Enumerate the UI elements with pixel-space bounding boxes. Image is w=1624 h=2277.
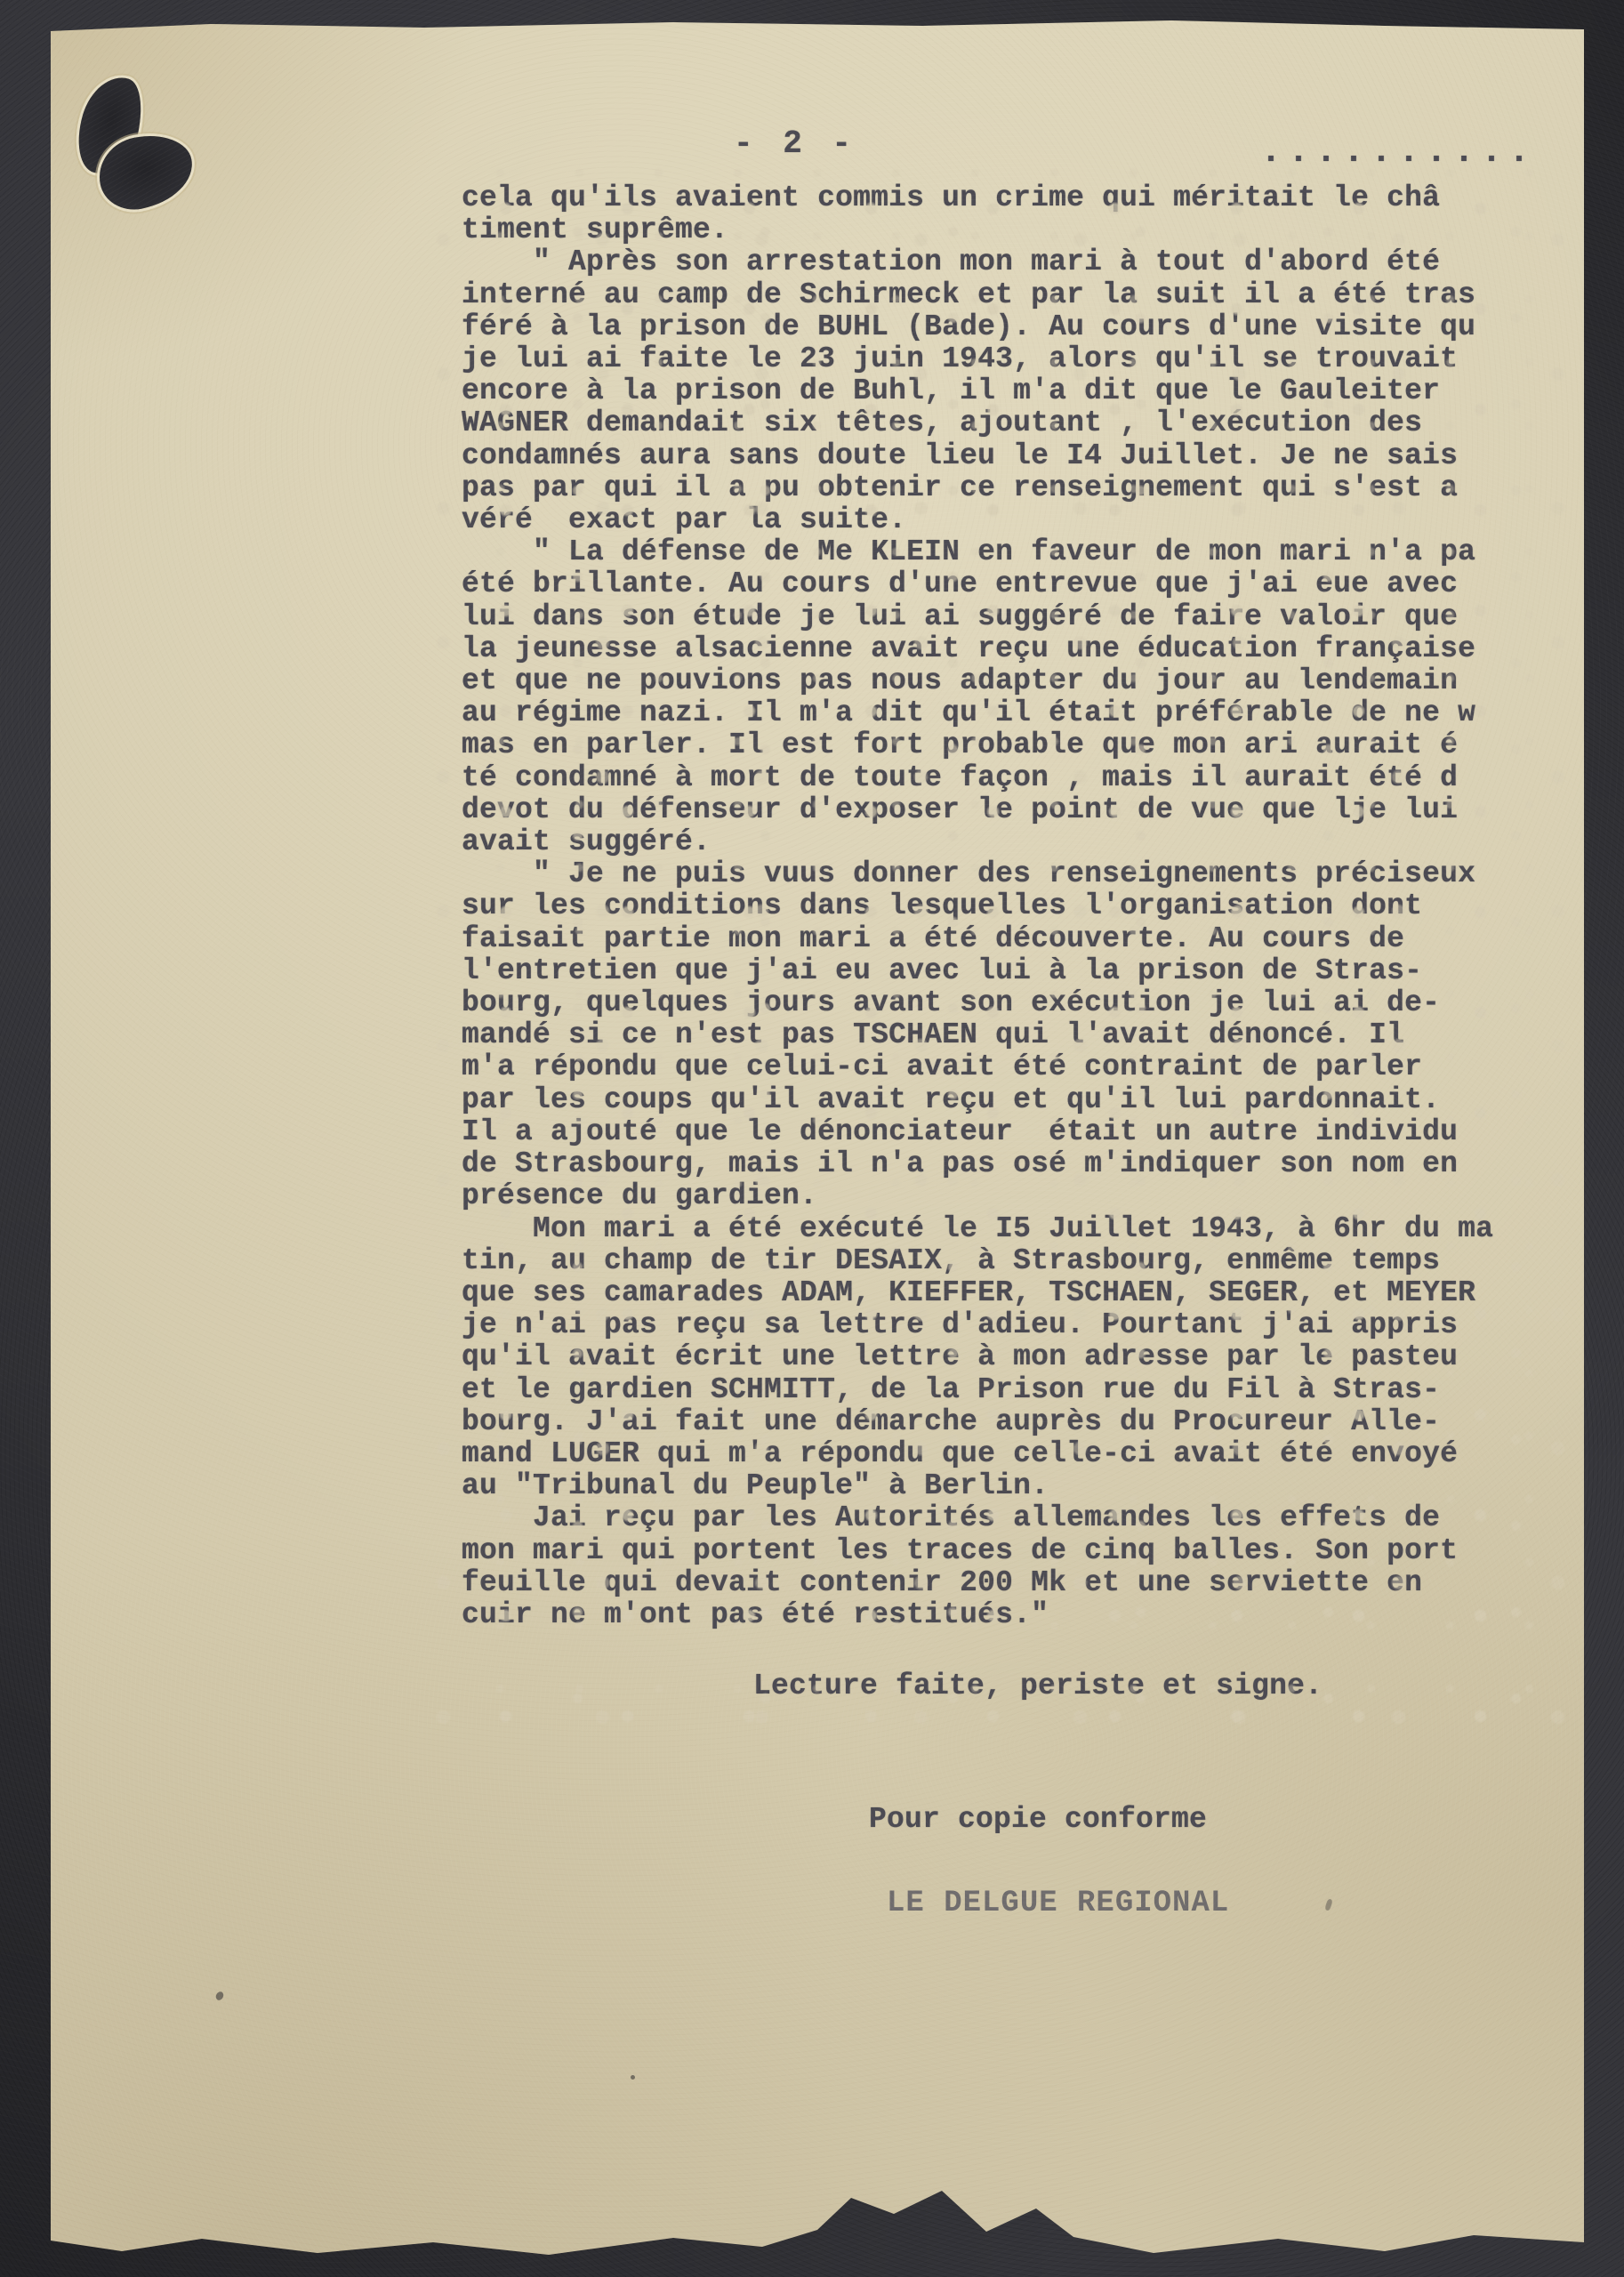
closing-statement: Lecture faite, periste et signe.	[753, 1670, 1323, 1702]
typewritten-body: cela qu'ils avaient commis un crime qui …	[462, 182, 1493, 1631]
certified-copy-note: Pour copie conforme	[869, 1803, 1207, 1836]
signature-title: LE DELGUE REGIONAL	[887, 1887, 1229, 1920]
paper-speck	[214, 1991, 225, 2002]
document-page: - 2 - .......... cela qu'ils avaient com…	[51, 19, 1584, 2263]
paper-speck	[1324, 1898, 1333, 1911]
scanned-document-screenshot: { "doc": { "page_number": "- 2 -", "dott…	[0, 0, 1624, 2277]
dotted-line: ..........	[1260, 133, 1536, 173]
page-number: - 2 -	[734, 125, 856, 162]
paper-speck	[631, 2075, 635, 2080]
